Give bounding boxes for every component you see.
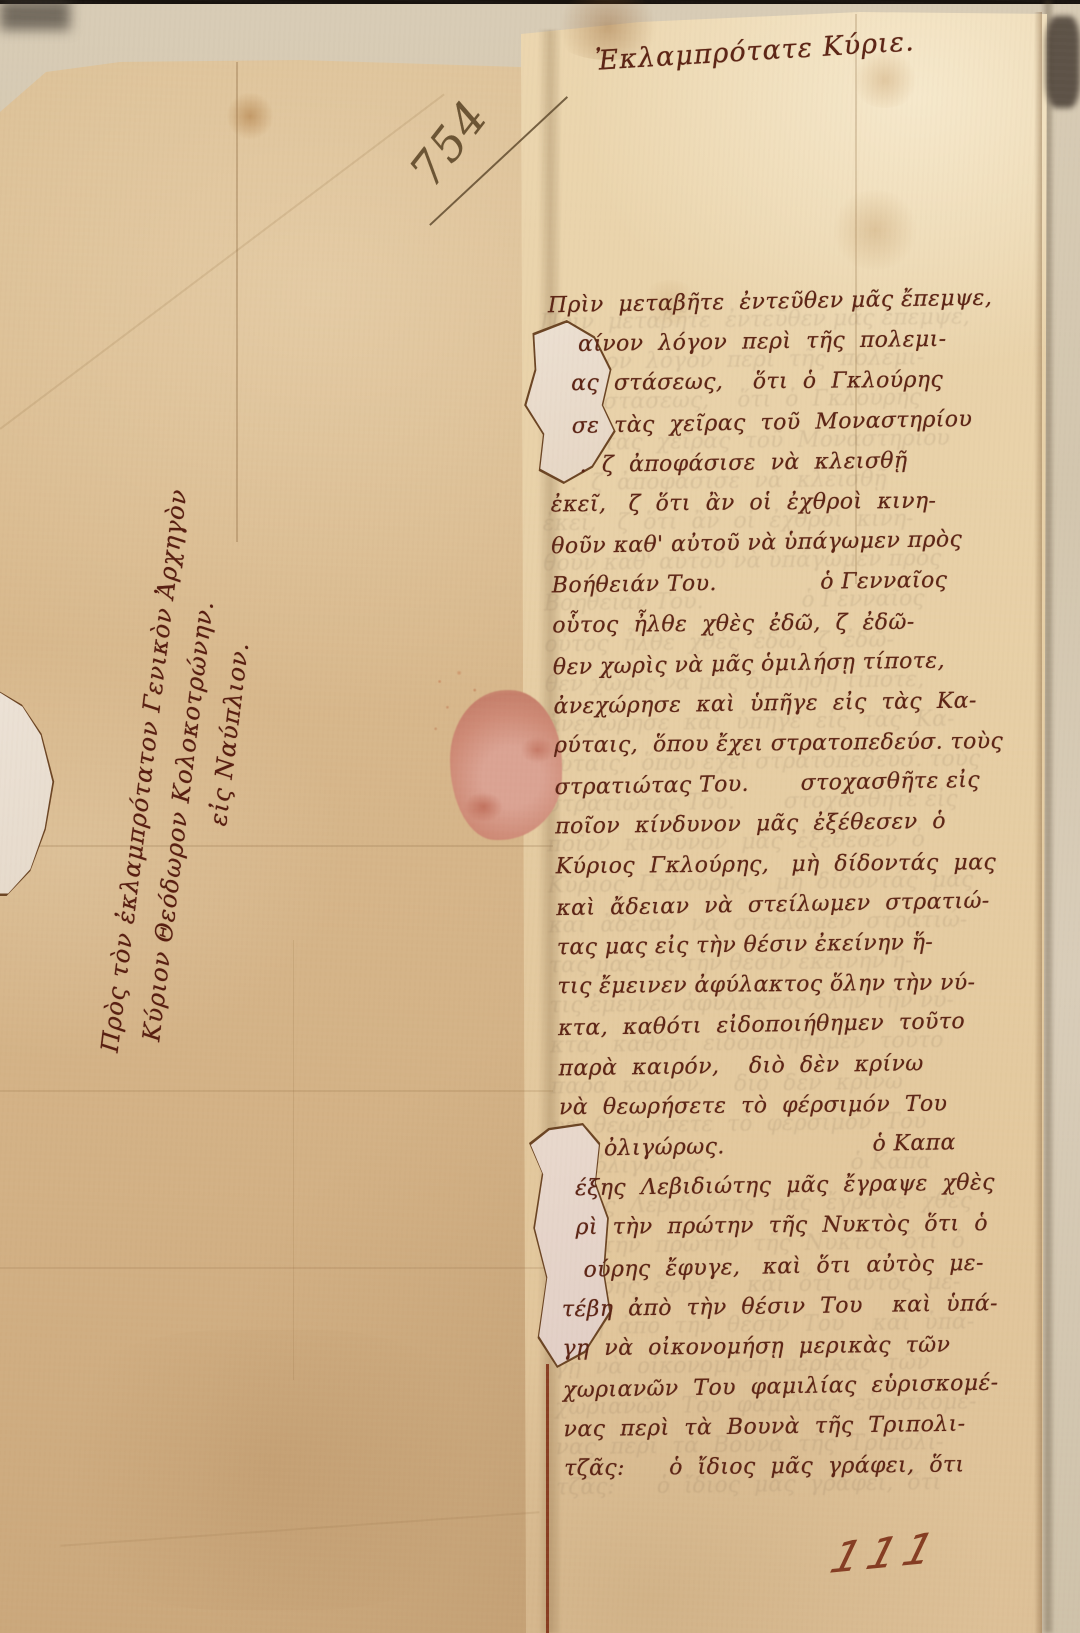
body-line: παρὰ καιρόν, διὸ δὲν κρίνω	[558, 1042, 1037, 1089]
body-line: τις ἔμεινεν ἀφύλακτος ὅλην τὴν νύ-	[557, 963, 1035, 1008]
torn-hole	[0, 688, 64, 896]
body-line: τας μας εἰς τὴν θέσιν ἐκείνην ἥ-	[557, 922, 1036, 969]
crease-line	[0, 1090, 553, 1092]
body-line: ρὶ τὴν πρώτην τῆς Νυκτὸς ὅτι ὁ	[561, 1204, 1039, 1249]
body-line: θεν χωρὶς νὰ μᾶς ὁμιλήσῃ τίποτε,	[553, 640, 1032, 689]
crease-line	[293, 940, 294, 1380]
body-line: σε τὰς χεῖρας τοῦ Μοναστηρίου	[549, 398, 1028, 447]
body-line: καὶ ἄδειαν νὰ στείλωμεν στρατιώ-	[556, 881, 1035, 930]
body-line: Κύριος Γκλούρης, μὴ δίδοντάς μας	[556, 842, 1034, 887]
letter-body: Πρὶν μεταβῆτε ἐντεῦθεν μᾶς ἔπεμψε, αίνον…	[548, 279, 1043, 1491]
body-line: νας περὶ τὰ Βουνὰ τῆς Τριπολι-	[563, 1404, 1042, 1451]
red-edge-line	[546, 1364, 549, 1633]
body-line: ούρης ἔφυγε, καὶ ὅτι αὐτὸς με-	[561, 1242, 1040, 1291]
body-line: ἐκεῖ, ζ ὅτι ἂν οἱ ἐχθροὶ κινη-	[550, 481, 1028, 526]
crease-line	[0, 1267, 553, 1269]
dark-smudge	[1046, 16, 1080, 108]
crease-line	[0, 845, 553, 847]
corner-shadow	[0, 0, 70, 30]
body-line: τζᾶς: ὁ ἴδιος μᾶς γράφει, ὅτι	[564, 1445, 1042, 1490]
body-line: γῃ νὰ οἰκονομήσῃ μερικὰς τῶν	[562, 1325, 1040, 1370]
body-line: ρύταις, ὅπου ἔχει στρατοπεδεύσ. τοὺς	[554, 722, 1032, 767]
scanned-letter-photo: Πρὶν μεταβῆτε ἐντεῦθεν μᾶς ἔπεμψε, αίνον…	[0, 0, 1080, 1633]
body-line: έξης Λεβιδιώτης μᾶς ἔγραψε χθὲς	[560, 1163, 1039, 1210]
body-line: ἀνεχώρησε καὶ ὑπῆγε εἰς τὰς Κα-	[553, 681, 1032, 728]
body-line: . ζ ἀποφάσισε νὰ κλεισθῇ	[550, 439, 1029, 486]
paper-stain	[830, 190, 920, 270]
body-line: Βοήθειάν Του. ὁ Γενναῖος	[552, 560, 1031, 607]
wax-seal-stain	[450, 690, 562, 840]
body-line: νὰ θεωρήσετε τὸ φέρσιμόν Του	[559, 1083, 1037, 1128]
body-line: χωριανῶν Του φαμιλίας εὑρισκομέ-	[563, 1363, 1042, 1412]
paper-stain	[40, 1330, 500, 1610]
body-line: αίνον λόγον περὶ τῆς πολεμι-	[548, 319, 1027, 366]
paper-stain	[226, 92, 274, 140]
body-line: ποῖον κίνδυνον μᾶς ἐξέθεσεν ὁ	[555, 801, 1034, 848]
body-line: Πρὶν μεταβῆτε ἐντεῦθεν μᾶς ἔπεμψε,	[548, 278, 1027, 327]
body-line: θοῦν καθ' αὐτοῦ νὰ ὑπάγωμεν πρὸς	[551, 519, 1030, 568]
body-line: οὗτος ἦλθε χθὲς ἐδῶ, ζ ἐδῶ-	[552, 601, 1030, 646]
body-line: τέβη ἀπὸ τὴν θέσιν Του καὶ ὑπά-	[562, 1283, 1041, 1330]
body-line: ας στάσεως, ὅτι ὁ Γκλούρης	[549, 360, 1027, 405]
body-line: ὀλιγώρως. ὁ Καπα	[559, 1122, 1038, 1171]
